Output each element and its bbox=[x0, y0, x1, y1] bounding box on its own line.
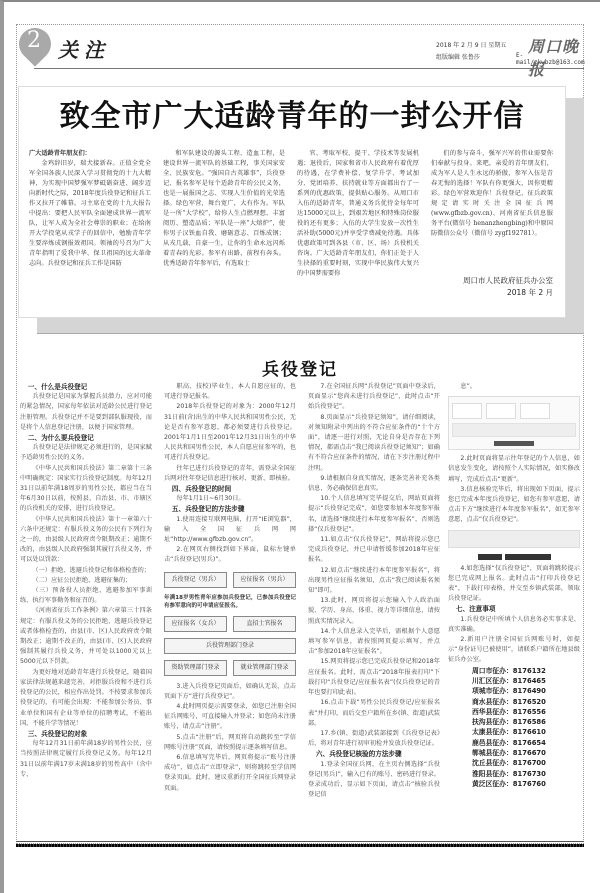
article-paragraph: 15.网页将提示您已完成兵役登记和2018年应征报名。此时，需点击“2018年报… bbox=[308, 657, 440, 698]
article-paragraph: 1.登录全国征兵网，在主页右侧选择“兵役登记(男兵)”，输入已有的账号、密码进行… bbox=[308, 760, 440, 801]
section-heading: 二、为什么要兵役登记 bbox=[20, 433, 152, 443]
article-paragraph: 1.兵役登记中所填个人信息务必实事求是、真实准确。 bbox=[448, 615, 580, 635]
article-paragraph: 9.请根据自身真实情况，逐条完善补充各类信息，务必确保信息真实。 bbox=[308, 474, 440, 494]
editor-credit: 组版编辑 张鲁莎 bbox=[436, 52, 480, 61]
enlistment-application-female-button[interactable]: 应征报名（女兵） bbox=[164, 616, 227, 632]
section-heading: 七、注意事项 bbox=[448, 604, 580, 614]
article-column-3: 7.在全国征兵网“兵役登记”页面中登录后，页面显示“您尚未进行兵役登记”，此时点… bbox=[308, 382, 440, 800]
letter-column-4: 们的参与奋斗，强军兴军的伟业需要你们奉献与投身。来吧，亲爱的青年朋友们，成为军人… bbox=[431, 149, 553, 239]
contact-item: 沈丘县征办：8176700 bbox=[472, 758, 580, 768]
footer-rule bbox=[16, 841, 584, 842]
article-paragraph: 16.点击下载“男性公民兵役登记/应征报名表”并打印，而后交至户籍所在乡(镇、街… bbox=[308, 698, 440, 729]
letter-column-1: 广大适龄青年朋友们： 金鸡辞旧岁，瑞犬接新春。正值全党全军全国各族人民深入学习贯… bbox=[29, 149, 151, 269]
article-paragraph: 17.乡(镇、街道)武装部接到《兵役登记表》后，将对青年进行初审初检并发放兵役登… bbox=[308, 729, 440, 749]
contact-list: 周口市征办：8176132 川汇区征办：8176465 项城市征办：817649… bbox=[448, 666, 580, 790]
continue-enlistment-button[interactable] bbox=[505, 554, 551, 560]
article-paragraph: 2.此时页面将显示往年登记的个人信息，如信息发生变化，请按照个人实际情况，如实修… bbox=[448, 454, 580, 485]
newspaper-logo: 周口晚报 bbox=[528, 34, 584, 80]
info-cell bbox=[452, 403, 482, 419]
register-only-button[interactable] bbox=[478, 554, 502, 560]
article-paragraph: （一）拒绝、逃避兵役登记和体格检查的； bbox=[20, 566, 152, 576]
contact-item: 川汇区征办：8176465 bbox=[472, 676, 580, 686]
signature-org: 周口市人民政府征兵办公室 bbox=[463, 275, 553, 287]
contact-item: 扶沟县征办：8176586 bbox=[472, 717, 580, 727]
article-paragraph: 4.此时网页提示需要登录，如您已注册全国征兵网账号，可直接输入并登录；如您尚未注… bbox=[164, 702, 296, 733]
registration-info-screenshot bbox=[448, 396, 580, 450]
contact-item: 商水县征办：8176520 bbox=[472, 697, 580, 707]
contact-item: 太康县征办：8176610 bbox=[472, 727, 580, 737]
page-header: 2 关注 2018 年 2 月 9 日 星期五 组版编辑 张鲁莎 E-mail/… bbox=[16, 24, 584, 70]
aid-admin-login-button[interactable]: 资助管理部门登录 bbox=[164, 660, 227, 676]
letter-signature: 周口市人民政府征兵办公室 2018 年 2 月 bbox=[463, 275, 553, 299]
verify-button[interactable] bbox=[494, 441, 534, 446]
nco-recruitment-button[interactable]: 直招士官报名 bbox=[233, 616, 296, 632]
letter-paragraph: 们的参与奋斗，强军兴军的伟业需要你们奉献与投身。来吧，亲爱的青年朋友们，成为军人… bbox=[431, 149, 553, 239]
military-admin-login-button[interactable]: 兵役管理部门登录 bbox=[164, 638, 296, 654]
contact-item: 鹿邑县征办：8176654 bbox=[472, 738, 580, 748]
letter-paragraph: 官、考取军校、提干、学技术等发展机遇；退役后，国家和省市人民政府有着优厚的待遇，… bbox=[297, 149, 419, 279]
article-paragraph: 14.个人信息录入完毕后，需根据个人意愿填写参军信息，请按照网页提示填写，并点击… bbox=[308, 627, 440, 658]
section-heading: 一、什么是兵役登记 bbox=[20, 382, 152, 392]
article-paragraph: 7.在全国征兵网“兵役登记”页面中登录后，页面显示“您尚未进行兵役登记”，此时点… bbox=[308, 382, 440, 413]
article-paragraph: 职高、技校)毕业生，本人自愿应征的，也可进行登记报名。 bbox=[164, 382, 296, 402]
article-paragraph: 10.个人信息填写完毕提交后，网站页面将提示“兵役登记完成”，如您要参加本年度参… bbox=[308, 494, 440, 535]
contact-item: 淮阳县征办：8176730 bbox=[472, 769, 580, 779]
letter-paragraph: 金鸡辞旧岁，瑞犬接新春。正值全党全军全国各族人民深入学习贯彻党的十九大精神，为实… bbox=[29, 159, 151, 269]
article-paragraph: 兵役登记是法律规定必须进行的，是国家赋予适龄男性公民的义务。 bbox=[20, 443, 152, 463]
article-paragraph: 为更好地对适龄青年进行兵役登记，随着国家法律法规越来越完善，对拒服兵役和不进行兵… bbox=[20, 668, 152, 729]
registration-complete-screenshot bbox=[448, 530, 580, 560]
article-paragraph: 4.如您选择“仅兵役登记”，页面将跳转提示您已完成网上报名。此时点击“打印兵役登… bbox=[448, 564, 580, 605]
article-paragraph: 11.如点击“仅兵役登记”，网站将提示您已完成兵役登记，并已申请暂缓参加2018… bbox=[308, 535, 440, 566]
section-heading: 四、兵役登记的时间 bbox=[164, 484, 296, 494]
letter-column-3: 官、考取军校、提干、学技术等发展机遇；退役后，国家和省市人民政府有着优厚的待遇，… bbox=[297, 149, 419, 279]
article-paragraph: 息”。 bbox=[448, 382, 580, 392]
article-column-2: 职高、技校)毕业生，本人自愿应征的，也可进行登记报名。 2018年兵役登记的对象… bbox=[164, 382, 296, 794]
article-paragraph: 《河南省征兵工作条例》第六章第三十四条规定：有服兵役义务的公民拒绝、逃避兵役登记… bbox=[20, 606, 152, 667]
section-name: 关注 bbox=[58, 34, 110, 63]
article-paragraph: 13.此时，网页将提示您输入个人政治面貌、学历、身高、体重、视力等详细信息，请按… bbox=[308, 596, 440, 627]
contact-item: 黄泛区征办：8176760 bbox=[472, 779, 580, 789]
header-divider bbox=[34, 68, 584, 69]
website-buttons-screenshot: 兵役登记（男兵） 应征报名（男兵） 年满18岁男性青年应参加兵役登记，已参加兵役… bbox=[164, 572, 296, 676]
letter-title: 致全市广大适龄青年的一封公开信 bbox=[27, 91, 557, 135]
letter-column-2: 和军队建设的源头工程、造血工程，是建设世界一流军队的基础工程，事关国家安全、民族… bbox=[163, 149, 285, 269]
article-paragraph: 2018年兵役登记的对象为：2000年12月31日前(含)出生的中华人民共和国男… bbox=[164, 402, 296, 463]
article-column-4: 息”。 2.此时页面将显示往年登记的个人信息，如信息发生变化，请按照个人实际情况… bbox=[448, 382, 580, 789]
article-paragraph: 12.如点击“继续进行本年度参军报名”，将出现男性应征报名须知，点击“我已阅读报… bbox=[308, 566, 440, 597]
article-paragraph: 《中华人民共和国兵役法》第十一章第六十六条中还规定：有服兵役义务的公民有下列行为… bbox=[20, 515, 152, 566]
section-heading: 三、兵役登记的对象 bbox=[20, 729, 152, 739]
article-paragraph: （二）应征公民拒绝、逃避征集的； bbox=[20, 576, 152, 586]
article-paragraph: 3.进入兵役登记页面后，如确认无误，点击页面下方“进行兵役登记”。 bbox=[164, 682, 296, 702]
enlistment-application-male-button[interactable]: 应征报名（男兵） bbox=[233, 572, 296, 588]
article-paragraph: 《中华人民共和国兵役法》第二章第十三条中明确规定：国家实行兵役登记制度。每年12… bbox=[20, 464, 152, 515]
article-paragraph: 往年已进行兵役登记的青年，需登录全国征兵网对往年登记信息进行核对、更新、即核验。 bbox=[164, 464, 296, 484]
section-heading: 六、兵役登记核验的方法步骤 bbox=[308, 749, 440, 759]
registration-note: 年满18岁男性青年应参加兵役登记，已参加兵役登记有参军意向的可申请应征报名。 bbox=[164, 594, 296, 610]
section-heading: 五、兵役登记的方法步骤 bbox=[164, 504, 296, 514]
article-paragraph: 每年1月1日~6月30日。 bbox=[164, 494, 296, 504]
contact-item: 项城市征办：8176490 bbox=[472, 686, 580, 696]
info-cells bbox=[452, 403, 576, 419]
signature-date: 2018 年 2 月 bbox=[463, 287, 553, 299]
article-paragraph: （三）预备役人员拒绝、逃避参加军事训练、执行军事勤务和征召的。 bbox=[20, 586, 152, 606]
article-paragraph: 6.信息填写完毕后，网页将提示“账号注册成功”，如点击“立即登录”，则将跳转至学… bbox=[164, 753, 296, 794]
info-cell bbox=[520, 403, 550, 419]
screenshot-buttons bbox=[448, 554, 580, 560]
contact-item: 西华县征办：8176556 bbox=[472, 707, 580, 717]
article-paragraph: 2.在网页右侧找到如下界面，鼠标左键单击“兵役登记(男兵)”。 bbox=[164, 545, 296, 565]
issue-date: 2018 年 2 月 9 日 星期五 bbox=[436, 40, 506, 49]
article-paragraph: 1.使用连接互联网电脑，打开“IE浏览器”，输入全国征兵网网址“http://w… bbox=[164, 515, 296, 546]
article-paragraph: 5.点击“注册”后，网页将自动跳转至“学信网账号注册”页面，请按照提示逐条填写信… bbox=[164, 733, 296, 753]
info-cell bbox=[486, 403, 516, 419]
contact-item: 周口市征办：8176132 bbox=[472, 666, 580, 676]
article-paragraph: 8.页面显示“兵役登记须知”，请仔细阅读，对须知附录中列出的不符合应征条件的“十… bbox=[308, 413, 440, 474]
employment-admin-login-button[interactable]: 就业管理部门登录 bbox=[233, 660, 296, 676]
letter-paragraph: 和军队建设的源头工程、造血工程，是建设世界一流军队的基础工程，事关国家安全、民族… bbox=[163, 149, 285, 269]
article-column-1: 一、什么是兵役登记 兵役登记是国家为掌握兵员潜力，应对可能的紧急情况，国家每年依… bbox=[20, 382, 152, 780]
footer-dotted-rule bbox=[16, 844, 584, 847]
contact-item: 郸城县征办：8176670 bbox=[472, 748, 580, 758]
military-registration-male-button[interactable]: 兵役登记（男兵） bbox=[164, 572, 227, 588]
article-paragraph: 每年12月31日前年满18岁的男性公民，应当按照法律规定履行兵役登记义务。每年1… bbox=[20, 739, 152, 780]
open-letter-box: 致全市广大适龄青年的一封公开信 广大适龄青年朋友们： 金鸡辞旧岁，瑞犬接新春。正… bbox=[18, 86, 566, 318]
success-notice-box bbox=[448, 530, 580, 548]
article-paragraph: 3.信息核验完毕后，将出现如下页面，提示您已完成本年度兵役登记，如您有参军意愿，… bbox=[448, 485, 580, 526]
info-notice-bar bbox=[452, 423, 576, 437]
page-number: 2 bbox=[24, 28, 44, 53]
article-paragraph: 兵役登记是国家为掌握兵员潜力，应对可能的紧急情况，国家每年依法对适龄公民进行登记… bbox=[20, 392, 152, 433]
article-title: 兵役登记 bbox=[0, 355, 600, 380]
letter-greeting: 广大适龄青年朋友们： bbox=[29, 149, 151, 159]
article-paragraph: 2.新用户注册全国征兵网账号时，如提示“身份证号已被使用”，请联系户籍所在地县级… bbox=[448, 635, 580, 666]
